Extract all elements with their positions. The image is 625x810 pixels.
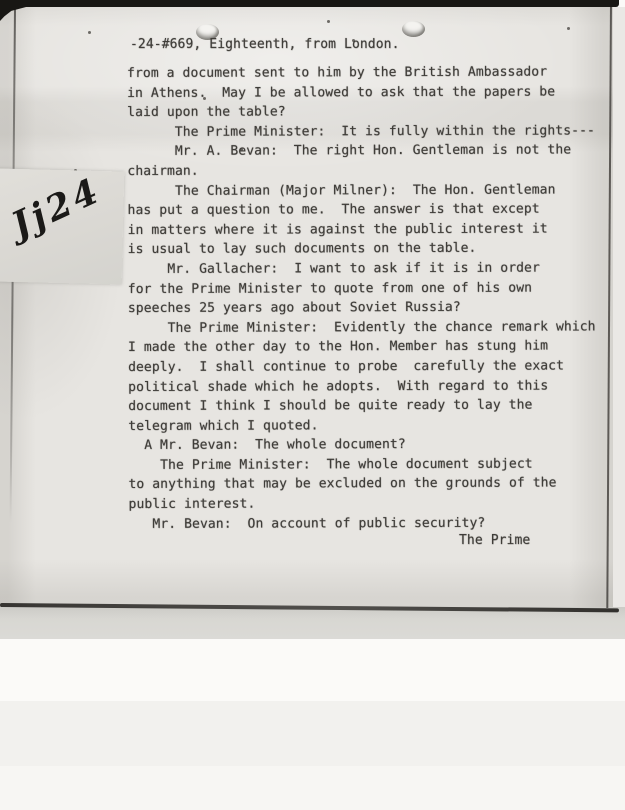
punch-hole-right <box>402 21 425 37</box>
typed-line: document I think I should be quite ready… <box>128 395 596 416</box>
catchword: The Prime <box>459 533 530 548</box>
page-right-edge <box>606 2 612 608</box>
typed-line: The Prime Minister: The whole document s… <box>128 454 596 475</box>
typed-line: speeches 25 years ago about Soviet Russi… <box>128 297 596 318</box>
typed-line: Mr. A. Bevan: The right Hon. Gentleman i… <box>127 141 595 162</box>
typed-line: from a document sent to him by the Briti… <box>127 62 595 83</box>
photo-top-edge <box>5 0 619 7</box>
typed-line: in Athens. May I be allowed to ask that … <box>127 82 595 103</box>
backing-band-bottom <box>0 766 625 810</box>
backing-band-mid <box>0 701 625 766</box>
scan-margin-right <box>613 7 625 607</box>
typed-line: The Prime Minister: Evidently the chance… <box>128 317 596 338</box>
toner-speck <box>88 31 91 34</box>
typed-line: deeply. I shall continue to probe carefu… <box>128 356 596 377</box>
typed-line: political shade which he adopts. With re… <box>128 376 596 397</box>
archive-label-patch: Jj24 <box>0 168 124 284</box>
typed-line: The Chairman (Major Milner): The Hon. Ge… <box>127 180 595 201</box>
handwritten-reference: Jj24 <box>5 170 107 246</box>
backing-band-white <box>0 639 625 701</box>
document-page: Jj24 -24-#669, Eighteenth, from London. … <box>0 0 613 607</box>
typed-line: public interest. <box>129 493 597 514</box>
typed-line: The Prime Minister: It is fully within t… <box>127 121 595 142</box>
toner-speck <box>567 27 570 30</box>
typed-line: is usual to lay such documents on the ta… <box>128 239 596 260</box>
typed-line: has put a question to me. The answer is … <box>127 200 595 221</box>
typed-line: I made the other day to the Hon. Member … <box>128 337 596 358</box>
typed-line: laid upon the table? <box>127 102 595 123</box>
typed-line: Mr. Bevan: On account of public security… <box>129 513 597 534</box>
typed-line: chairman. <box>127 160 595 181</box>
typed-line: Mr. Gallacher: I want to ask if it is in… <box>128 258 596 279</box>
typed-line: in matters where it is against the publi… <box>128 219 596 240</box>
typed-lines: from a document sent to him by the Briti… <box>127 62 596 534</box>
typed-line: telegram which I quoted. <box>128 415 596 436</box>
typed-line: to anything that may be excluded on the … <box>128 474 596 495</box>
scanned-document-photo: Jj24 -24-#669, Eighteenth, from London. … <box>0 0 625 810</box>
typed-line: A Mr. Bevan: The whole document? <box>128 435 596 456</box>
typed-line: for the Prime Minister to quote from one… <box>128 278 596 299</box>
toner-speck <box>327 20 330 23</box>
document-header: -24-#669, Eighteenth, from London. <box>130 37 400 52</box>
